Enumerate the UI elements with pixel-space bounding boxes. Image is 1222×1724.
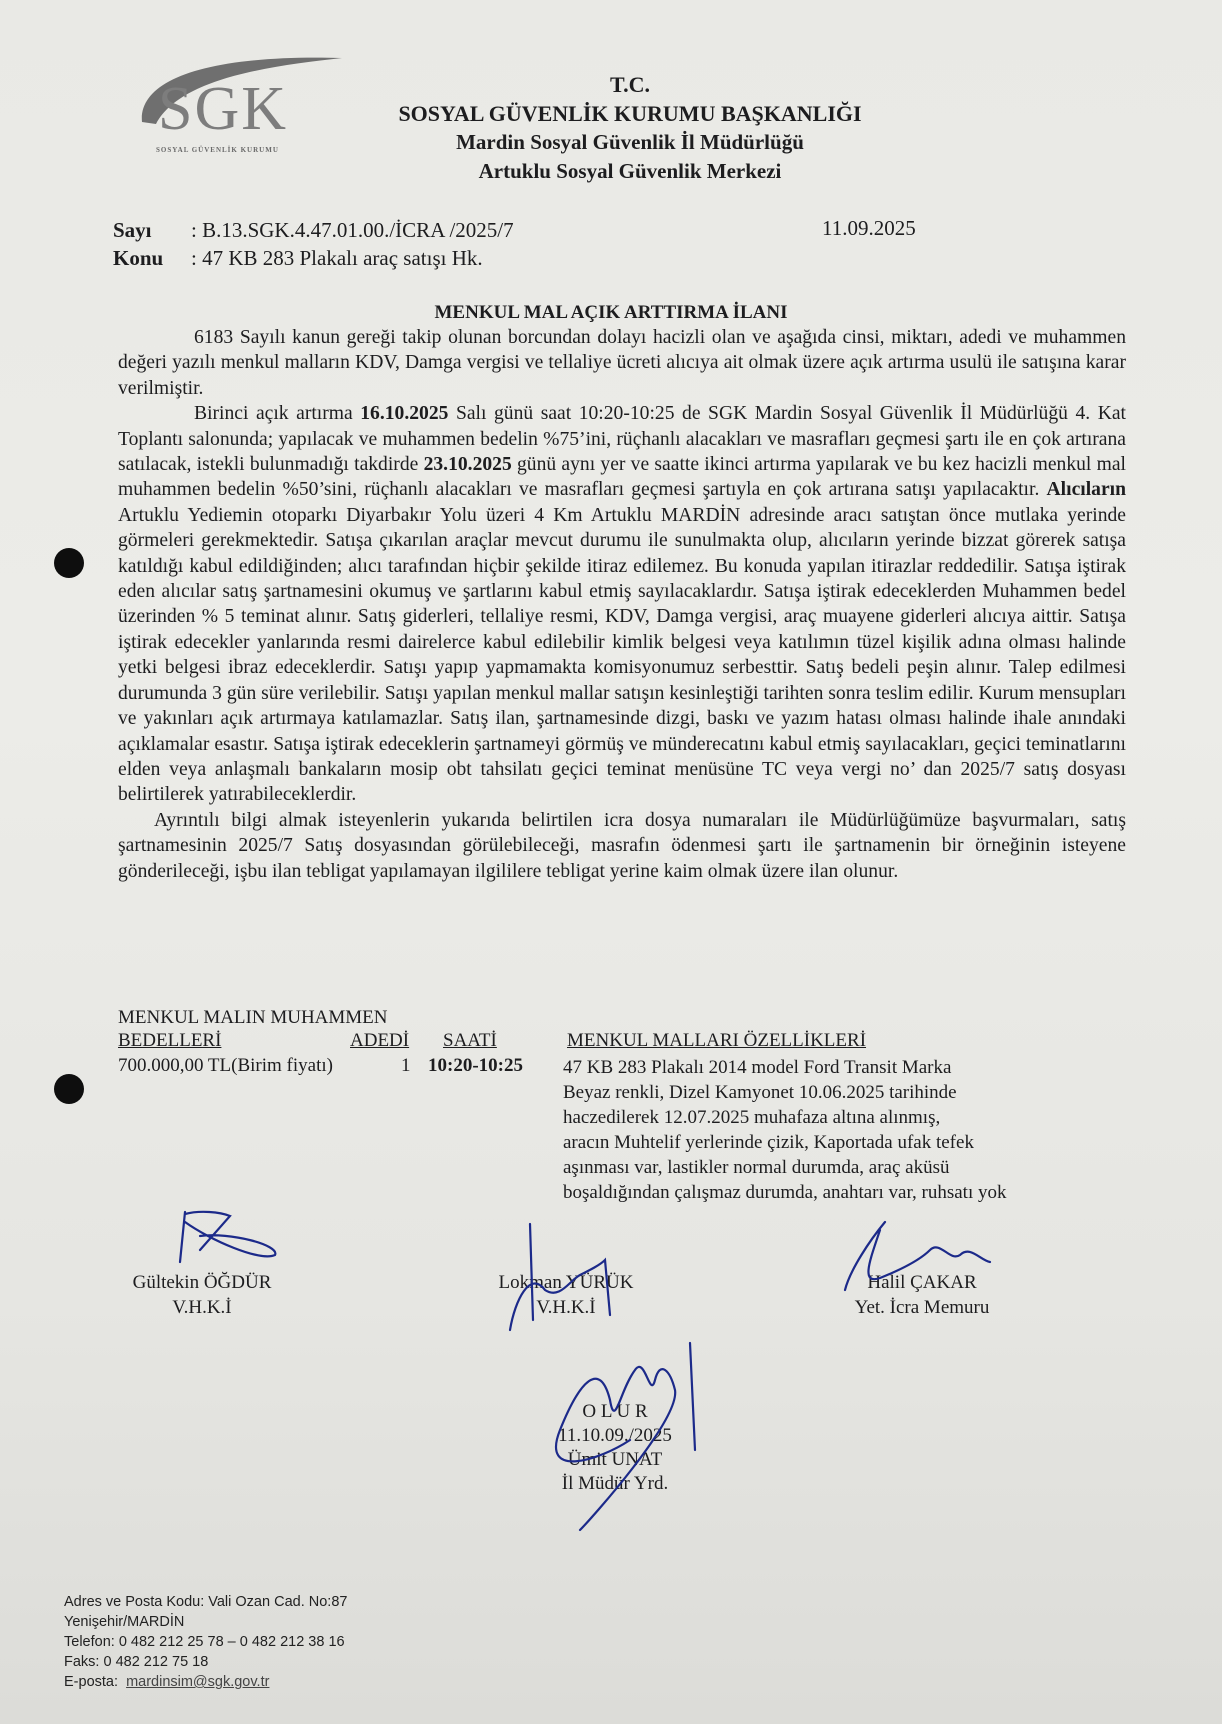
footer-phone: Telefon: 0 482 212 25 78 – 0 482 212 38 … (64, 1632, 347, 1652)
footer-email-label: E-posta: (64, 1674, 118, 1690)
footer-fax: Faks: 0 482 212 75 18 (64, 1652, 347, 1672)
document-page: SGK SOSYAL GÜVENLİK KURUMU T.C. SOSYAL G… (0, 0, 1222, 1724)
footer-contact: Adres ve Posta Kodu: Vali Ozan Cad. No:8… (64, 1592, 347, 1692)
handwritten-signatures-icon (0, 0, 1222, 1724)
footer-address: Adres ve Posta Kodu: Vali Ozan Cad. No:8… (64, 1592, 347, 1612)
footer-email-link[interactable]: mardinsim@sgk.gov.tr (126, 1674, 269, 1690)
footer-city: Yenişehir/MARDİN (64, 1612, 347, 1632)
